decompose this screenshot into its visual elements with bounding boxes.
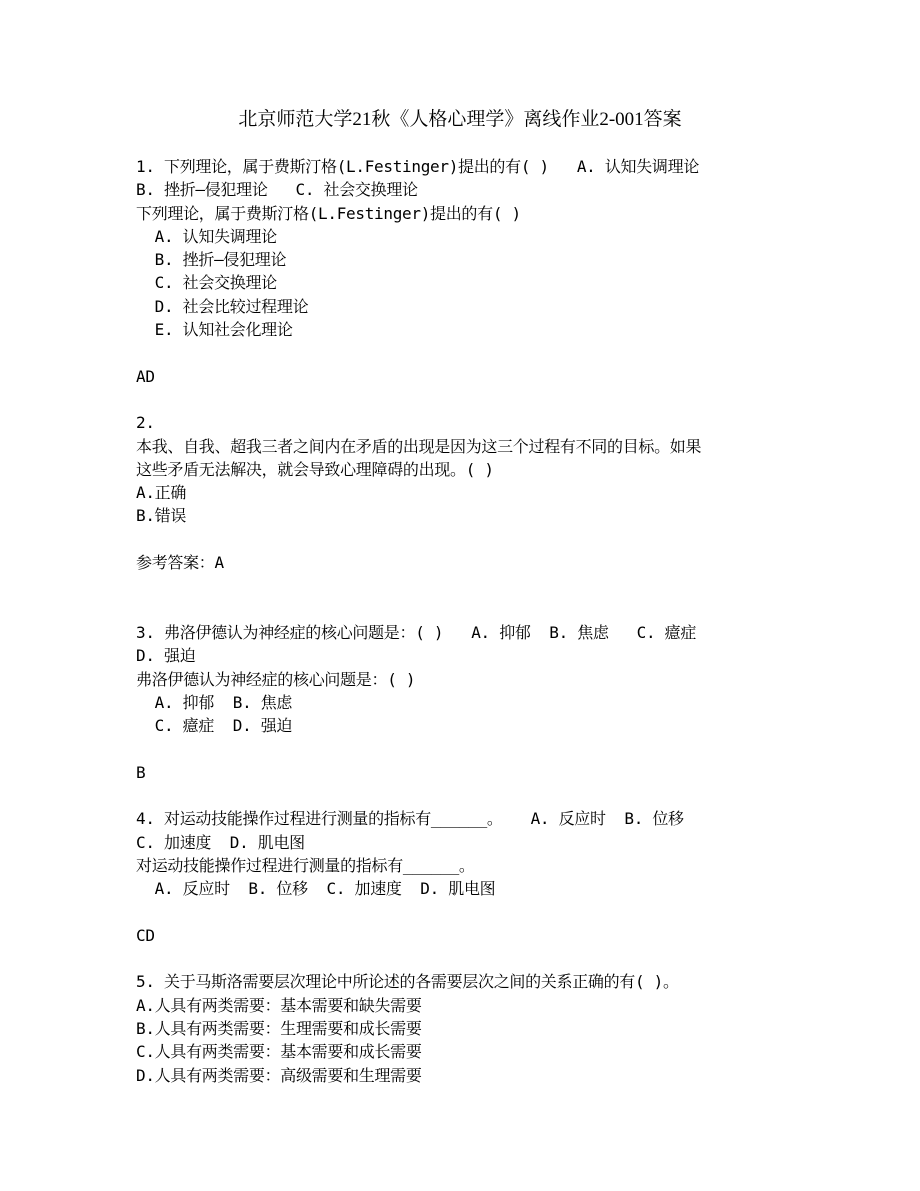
document-body: 1. 下列理论，属于费斯汀格(L.Festinger)提出的有( ) A. 认知… bbox=[136, 155, 796, 1087]
question-3: 3. 弗洛伊德认为神经症的核心问题是：( ) A. 抑郁 B. 焦虑 C. 癔症… bbox=[136, 621, 796, 807]
option-b: B. 挫折—侵犯理论 bbox=[136, 248, 796, 271]
option-d: D. 社会比较过程理论 bbox=[136, 295, 796, 318]
question-text: 这些矛盾无法解决，就会导致心理障碍的出现。( ) bbox=[136, 458, 796, 481]
question-text: C. 加速度 D. 肌电图 bbox=[136, 831, 796, 854]
option-a: A. 认知失调理论 bbox=[136, 225, 796, 248]
question-stem: 下列理论，属于费斯汀格(L.Festinger)提出的有( ) bbox=[136, 202, 796, 225]
option-e: E. 认知社会化理论 bbox=[136, 318, 796, 341]
question-number: 2. bbox=[136, 411, 796, 434]
option-b: B.错误 bbox=[136, 504, 796, 527]
option-a: A.正确 bbox=[136, 481, 796, 504]
option-a: A.人具有两类需要：基本需要和缺失需要 bbox=[136, 994, 796, 1017]
question-1: 1. 下列理论，属于费斯汀格(L.Festinger)提出的有( ) A. 认知… bbox=[136, 155, 796, 411]
question-text: B. 挫折—侵犯理论 C. 社会交换理论 bbox=[136, 178, 796, 201]
question-text: 4. 对运动技能操作过程进行测量的指标有______。 A. 反应时 B. 位移 bbox=[136, 807, 796, 830]
question-5: 5. 关于马斯洛需要层次理论中所论述的各需要层次之间的关系正确的有( )。 A.… bbox=[136, 970, 796, 1086]
answer: 参考答案：A bbox=[136, 551, 796, 574]
option-b: B.人具有两类需要：生理需要和成长需要 bbox=[136, 1017, 796, 1040]
option-d: D.人具有两类需要：高级需要和生理需要 bbox=[136, 1064, 796, 1087]
options-row: C. 癔症 D. 强迫 bbox=[136, 714, 796, 737]
document-title: 北京师范大学21秋《人格心理学》离线作业2-001答案 bbox=[0, 108, 920, 132]
question-stem: 弗洛伊德认为神经症的核心问题是：( ) bbox=[136, 668, 796, 691]
answer: AD bbox=[136, 365, 796, 388]
question-stem: 对运动技能操作过程进行测量的指标有______。 bbox=[136, 854, 796, 877]
option-c: C. 社会交换理论 bbox=[136, 271, 796, 294]
question-text: 3. 弗洛伊德认为神经症的核心问题是：( ) A. 抑郁 B. 焦虑 C. 癔症 bbox=[136, 621, 796, 644]
options-row: A. 抑郁 B. 焦虑 bbox=[136, 691, 796, 714]
answer: CD bbox=[136, 924, 796, 947]
question-text: 本我、自我、超我三者之间内在矛盾的出现是因为这三个过程有不同的目标。如果 bbox=[136, 435, 796, 458]
question-4: 4. 对运动技能操作过程进行测量的指标有______。 A. 反应时 B. 位移… bbox=[136, 807, 796, 970]
answer: B bbox=[136, 761, 796, 784]
options-row: A. 反应时 B. 位移 C. 加速度 D. 肌电图 bbox=[136, 877, 796, 900]
question-text: D. 强迫 bbox=[136, 644, 796, 667]
option-c: C.人具有两类需要：基本需要和成长需要 bbox=[136, 1040, 796, 1063]
question-text: 5. 关于马斯洛需要层次理论中所论述的各需要层次之间的关系正确的有( )。 bbox=[136, 970, 796, 993]
question-2: 2. 本我、自我、超我三者之间内在矛盾的出现是因为这三个过程有不同的目标。如果 … bbox=[136, 411, 796, 621]
question-text: 1. 下列理论，属于费斯汀格(L.Festinger)提出的有( ) A. 认知… bbox=[136, 155, 796, 178]
